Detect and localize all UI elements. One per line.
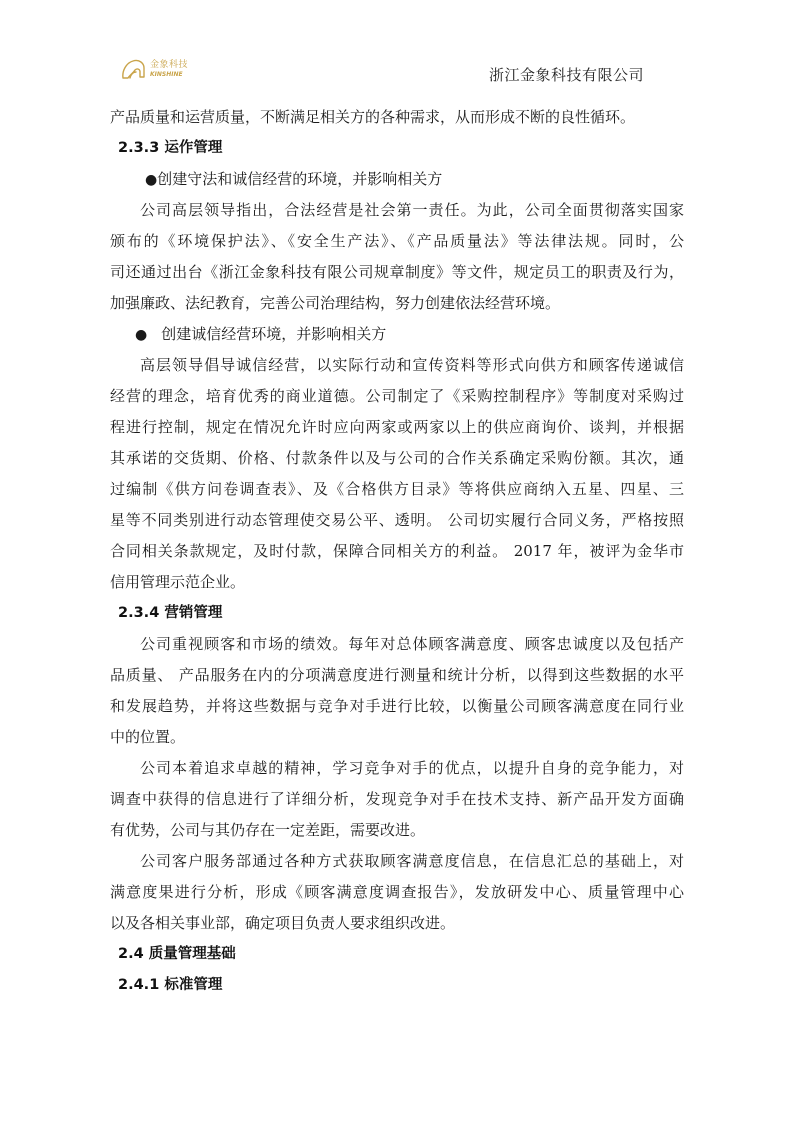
bullet-icon: ● <box>145 165 157 196</box>
paragraph-line: 其承诺的交货期、价格、付款条件以及与公司的合作关系确定采购份额。其次，通 <box>110 443 684 474</box>
paragraph-line: 星等不同类别进行动态管理使交易公平、透明。 公司切实履行合同义务，严格按照 <box>110 505 684 536</box>
document-body: 产品质量和运营质量，不断满足相关方的各种需求，从而形成不断的良性循环。 2.3.… <box>110 102 684 1001</box>
paragraph-line: 和发展趋势，并将这些数据与竞争对手进行比较，以衡量公司顾客满意度在同行业 <box>110 691 684 722</box>
paragraph-line: 中的位置。 <box>110 722 684 753</box>
paragraph: 公司高层领导指出，合法经营是社会第一责任。为此，公司全面贯彻落实国家 颁布的《环… <box>110 195 684 319</box>
paragraph-line: 过编制《供方问卷调查表》、及《合格供方目录》等将供应商纳入五星、四星、三 <box>110 474 684 505</box>
elephant-logo-icon <box>120 57 148 81</box>
bullet-item: ●创建诚信经营环境，并影响相关方 <box>110 319 684 350</box>
paragraph: 公司客户服务部通过各种方式获取顾客满意度信息，在信息汇总的基础上，对 满意度果进… <box>110 846 684 939</box>
paragraph-line: 加强廉政、法纪教育，完善公司治理结构，努力创建依法经营环境。 <box>110 288 684 319</box>
bullet-text: 创建诚信经营环境，并影响相关方 <box>161 325 386 343</box>
paragraph-line: 产品质量和运营质量，不断满足相关方的各种需求，从而形成不断的良性循环。 <box>110 102 684 133</box>
logo-chinese-text: 金象科技 <box>150 61 188 70</box>
page-header: 金象科技 KINSHINE 浙江金象科技有限公司 <box>0 0 793 100</box>
logo-english-text: KINSHINE <box>150 72 188 78</box>
paragraph-line: 调查中获得的信息进行了详细分析，发现竞争对手在技术支持、新产品开发方面确 <box>110 784 684 815</box>
paragraph-line: 有优势，公司与其仍存在一定差距，需要改进。 <box>110 815 684 846</box>
paragraph-line: 司还通过出台《浙江金象科技有限公司规章制度》等文件，规定员工的职责及行为， <box>110 257 684 288</box>
bullet-text: 创建守法和诚信经营的环境，并影响相关方 <box>157 170 442 188</box>
paragraph-line: 经营的理念，培育优秀的商业道德。公司制定了《采购控制程序》等制度对采购过 <box>110 381 684 412</box>
paragraph-line: 高层领导倡导诚信经营，以实际行动和宣传资料等形式向供方和顾客传递诚信 <box>110 350 684 381</box>
company-name: 浙江金象科技有限公司 <box>489 64 644 85</box>
paragraph-line: 公司重视顾客和市场的绩效。每年对总体顾客满意度、顾客忠诚度以及包括产 <box>110 629 684 660</box>
paragraph: 公司重视顾客和市场的绩效。每年对总体顾客满意度、顾客忠诚度以及包括产 品质量、 … <box>110 629 684 753</box>
paragraph: 公司本着追求卓越的精神，学习竞争对手的优点，以提升自身的竞争能力，对 调查中获得… <box>110 753 684 846</box>
paragraph-line: 以及各相关事业部，确定项目负责人要求组织改进。 <box>110 908 684 939</box>
section-heading-2-4-1: 2.4.1 标准管理 <box>110 970 684 1001</box>
paragraph-line: 颁布的《环境保护法》、《安全生产法》、《产品质量法》等法律法规。同时，公 <box>110 226 684 257</box>
paragraph-line: 品质量、 产品服务在内的分项满意度进行测量和统计分析，以得到这些数据的水平 <box>110 660 684 691</box>
paragraph-line: 合同相关条款规定，及时付款，保障合同相关方的利益。 2017 年，被评为金华市 <box>110 536 684 567</box>
section-heading-2-3-4: 2.3.4 营销管理 <box>110 598 684 629</box>
bullet-icon: ● <box>135 320 147 351</box>
paragraph: 高层领导倡导诚信经营，以实际行动和宣传资料等形式向供方和顾客传递诚信 经营的理念… <box>110 350 684 598</box>
paragraph-line: 满意度果进行分析，形成《顾客满意度调查报告》，发放研发中心、质量管理中心 <box>110 877 684 908</box>
paragraph-line: 公司客户服务部通过各种方式获取顾客满意度信息，在信息汇总的基础上，对 <box>110 846 684 877</box>
bullet-item: ●创建守法和诚信经营的环境，并影响相关方 <box>110 164 684 195</box>
paragraph-line: 信用管理示范企业。 <box>110 567 684 598</box>
company-logo: 金象科技 KINSHINE <box>120 56 200 82</box>
section-heading-2-3-3: 2.3.3 运作管理 <box>110 133 684 164</box>
paragraph-line: 公司高层领导指出，合法经营是社会第一责任。为此，公司全面贯彻落实国家 <box>110 195 684 226</box>
paragraph-line: 程进行控制，规定在情况允许时应向两家或两家以上的供应商询价、谈判，并根据 <box>110 412 684 443</box>
section-heading-2-4: 2.4 质量管理基础 <box>110 939 684 970</box>
paragraph-line: 公司本着追求卓越的精神，学习竞争对手的优点，以提升自身的竞争能力，对 <box>110 753 684 784</box>
